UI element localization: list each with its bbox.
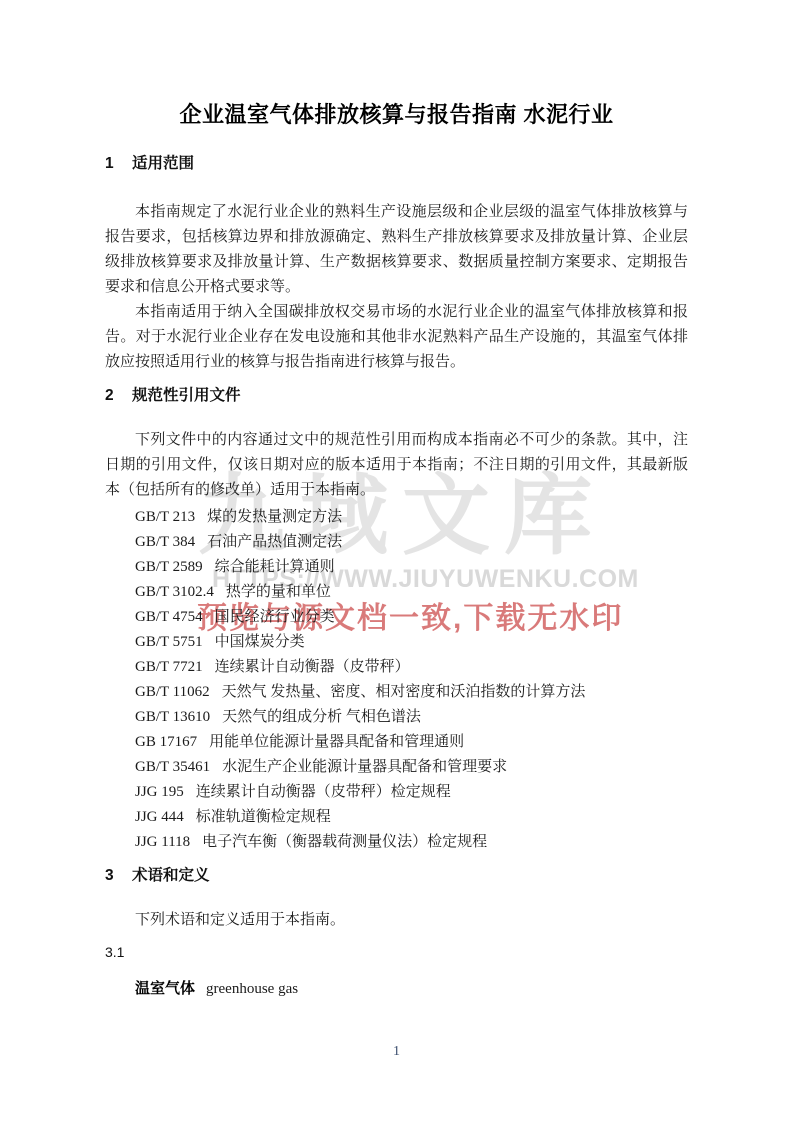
reference-code: GB/T 11062 xyxy=(135,684,210,700)
section-1-number: 1 xyxy=(105,156,132,172)
paragraph: 本指南规定了水泥行业企业的熟料生产设施层级和企业层级的温室气体排放核算与报告要求… xyxy=(105,200,688,300)
reference-code: GB/T 5751 xyxy=(135,634,203,650)
paragraph: 下列文件中的内容通过文中的规范性引用而构成本指南必不可少的条款。其中，注日期的引… xyxy=(105,428,688,503)
reference-name: 连续累计自动衡器（皮带秤） xyxy=(215,659,410,675)
reference-code: GB/T 4754 xyxy=(135,609,203,625)
section-2-paragraphs: 下列文件中的内容通过文中的规范性引用而构成本指南必不可少的条款。其中，注日期的引… xyxy=(105,428,688,503)
term-definition-line: 温室气体greenhouse gas xyxy=(105,976,688,1002)
paragraph: 本指南适用于纳入全国碳排放权交易市场的水泥行业企业的温室气体排放核算和报告。对于… xyxy=(105,300,688,375)
reference-item: GB 17167用能单位能源计量器具配备和管理通则 xyxy=(135,730,688,755)
reference-item: GB/T 7721连续累计自动衡器（皮带秤） xyxy=(135,655,688,680)
reference-item: GB/T 3102.4热学的量和单位 xyxy=(135,580,688,605)
reference-name: 电子汽车衡（衡器载荷测量仪法）检定规程 xyxy=(202,834,487,850)
reference-name: 中国煤炭分类 xyxy=(215,634,305,650)
term-chinese: 温室气体 xyxy=(135,980,195,997)
section-1-title: 适用范围 xyxy=(132,155,194,172)
reference-code: GB/T 35461 xyxy=(135,759,210,775)
reference-name: 天然气的组成分析 气相色谱法 xyxy=(222,709,421,725)
reference-item: GB/T 11062天然气 发热量、密度、相对密度和沃泊指数的计算方法 xyxy=(135,680,688,705)
section-1-heading: 1适用范围 xyxy=(105,156,688,172)
reference-code: JJG 1118 xyxy=(135,834,190,850)
section-3-heading: 3术语和定义 xyxy=(105,868,688,884)
reference-name: 连续累计自动衡器（皮带秤）检定规程 xyxy=(196,784,451,800)
reference-item: GB/T 2589综合能耗计算通则 xyxy=(135,555,688,580)
reference-list: GB/T 213煤的发热量测定方法 GB/T 384石油产品热值测定法 GB/T… xyxy=(105,505,688,855)
reference-item: GB/T 4754国民经济行业分类 xyxy=(135,605,688,630)
reference-name: 热学的量和单位 xyxy=(226,584,331,600)
section-3-paragraphs: 下列术语和定义适用于本指南。 xyxy=(105,908,688,933)
reference-code: GB/T 13610 xyxy=(135,709,210,725)
reference-name: 天然气 发热量、密度、相对密度和沃泊指数的计算方法 xyxy=(222,684,586,700)
reference-name: 水泥生产企业能源计量器具配备和管理要求 xyxy=(222,759,507,775)
section-3-title: 术语和定义 xyxy=(132,867,210,884)
reference-code: GB 17167 xyxy=(135,734,197,750)
clause-number: 3.1 xyxy=(105,940,688,965)
reference-code: GB/T 3102.4 xyxy=(135,584,214,600)
document-body: 企业温室气体排放核算与报告指南 水泥行业 1适用范围 本指南规定了水泥行业企业的… xyxy=(105,100,688,1002)
page-number: 1 xyxy=(0,1044,793,1060)
reference-item: JJG 444标准轨道衡检定规程 xyxy=(135,805,688,830)
reference-item: GB/T 384石油产品热值测定法 xyxy=(135,530,688,555)
reference-code: JJG 195 xyxy=(135,784,184,800)
reference-code: GB/T 213 xyxy=(135,509,195,525)
reference-code: GB/T 7721 xyxy=(135,659,203,675)
document-title: 企业温室气体排放核算与报告指南 水泥行业 xyxy=(105,100,688,130)
reference-item: GB/T 213煤的发热量测定方法 xyxy=(135,505,688,530)
reference-item: GB/T 13610天然气的组成分析 气相色谱法 xyxy=(135,705,688,730)
reference-name: 国民经济行业分类 xyxy=(215,609,335,625)
reference-name: 用能单位能源计量器具配备和管理通则 xyxy=(209,734,464,750)
reference-item: GB/T 5751中国煤炭分类 xyxy=(135,630,688,655)
reference-item: GB/T 35461水泥生产企业能源计量器具配备和管理要求 xyxy=(135,755,688,780)
reference-name: 煤的发热量测定方法 xyxy=(207,509,342,525)
section-3-number: 3 xyxy=(105,868,132,884)
document-page: 九域文库 HTTPS://WWW.JIUYUWENKU.COM 预览与源文档一致… xyxy=(0,0,793,1122)
reference-item: JJG 1118电子汽车衡（衡器载荷测量仪法）检定规程 xyxy=(135,830,688,855)
section-2-heading: 2规范性引用文件 xyxy=(105,388,688,404)
reference-code: GB/T 384 xyxy=(135,534,195,550)
paragraph: 下列术语和定义适用于本指南。 xyxy=(105,908,688,933)
section-2-number: 2 xyxy=(105,388,132,404)
reference-code: GB/T 2589 xyxy=(135,559,203,575)
reference-code: JJG 444 xyxy=(135,809,184,825)
reference-name: 石油产品热值测定法 xyxy=(207,534,342,550)
section-1-paragraphs: 本指南规定了水泥行业企业的熟料生产设施层级和企业层级的温室气体排放核算与报告要求… xyxy=(105,200,688,375)
section-2-title: 规范性引用文件 xyxy=(132,387,241,404)
term-english: greenhouse gas xyxy=(206,981,298,997)
reference-name: 综合能耗计算通则 xyxy=(215,559,335,575)
reference-name: 标准轨道衡检定规程 xyxy=(196,809,331,825)
reference-item: JJG 195连续累计自动衡器（皮带秤）检定规程 xyxy=(135,780,688,805)
